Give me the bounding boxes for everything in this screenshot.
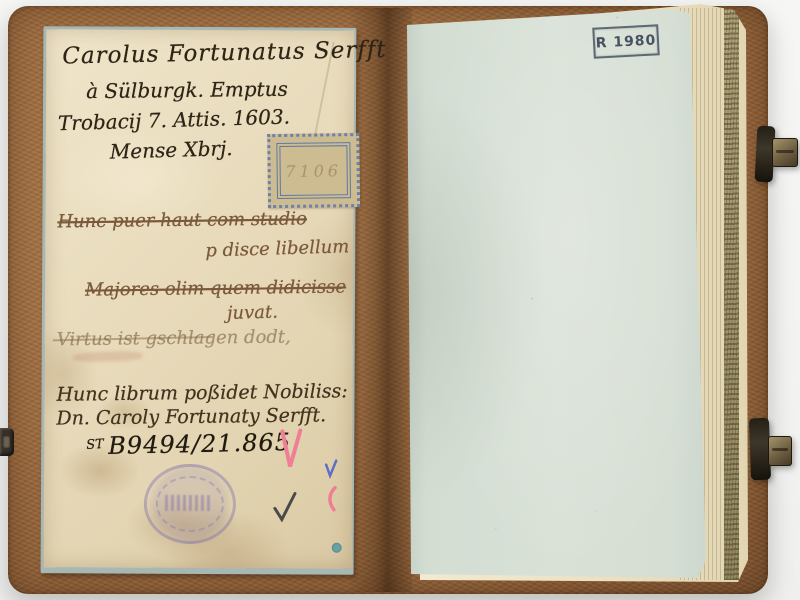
accession-stamp: R 1980 (592, 24, 660, 58)
clasp-brass-catch (772, 138, 798, 167)
faded-library-stamp (144, 464, 236, 544)
book-gutter (348, 8, 412, 592)
left-pastedown-page: Carolus Fortunatus Serfft à Sülburgk. Em… (44, 29, 355, 569)
left-clasp-catch (0, 428, 14, 456)
inscription-line-1: Carolus Fortunatus Serfft (62, 37, 387, 70)
bottom-right-clasp (748, 416, 794, 484)
possession-line-1: Hunc librum poßidet Nobiliss: (56, 380, 347, 406)
possession-line-2: Dn. Caroly Fortunaty Serfft. (56, 404, 326, 429)
inscription-line-3: Trobacij 7. Attis. 1603. (58, 104, 291, 135)
teal-dot-sticker (332, 543, 342, 553)
motto-line-3: Majores olim quem didicisse (85, 276, 346, 300)
sprinkled-edge-band (724, 8, 739, 580)
ex-libris-stamp-label: 7106 (267, 133, 360, 208)
shelfmark-prefix: ST (86, 437, 105, 453)
motto-line-4: juvat. (227, 302, 279, 325)
motto-line-2: p disce libellum (205, 236, 350, 261)
gray-checkmark-icon (272, 490, 298, 522)
stamp-label-number: 7106 (285, 161, 342, 181)
top-right-clasp (754, 122, 800, 188)
photo-of-open-book: R 1980 Carolus Fortunatus Serfft à Sülbu… (0, 0, 800, 600)
inscription-line-4: Mense Xbrj. (109, 136, 232, 164)
faded-illegible-line (73, 350, 143, 362)
clasp-brass-catch (768, 436, 792, 466)
pink-checkmark-icon (279, 428, 303, 470)
stamp-label-frame: 7106 (276, 142, 351, 199)
right-blank-page (405, 6, 708, 580)
inscription-line-2: à Sülburgk. Emptus (86, 77, 288, 103)
motto-line-1: Hunc puer haut com studio (57, 208, 307, 232)
pink-tally-mark-icon (326, 486, 338, 512)
shelfmark-number: B9494/21.865 (108, 428, 291, 460)
blue-checkmark-icon (324, 459, 338, 479)
